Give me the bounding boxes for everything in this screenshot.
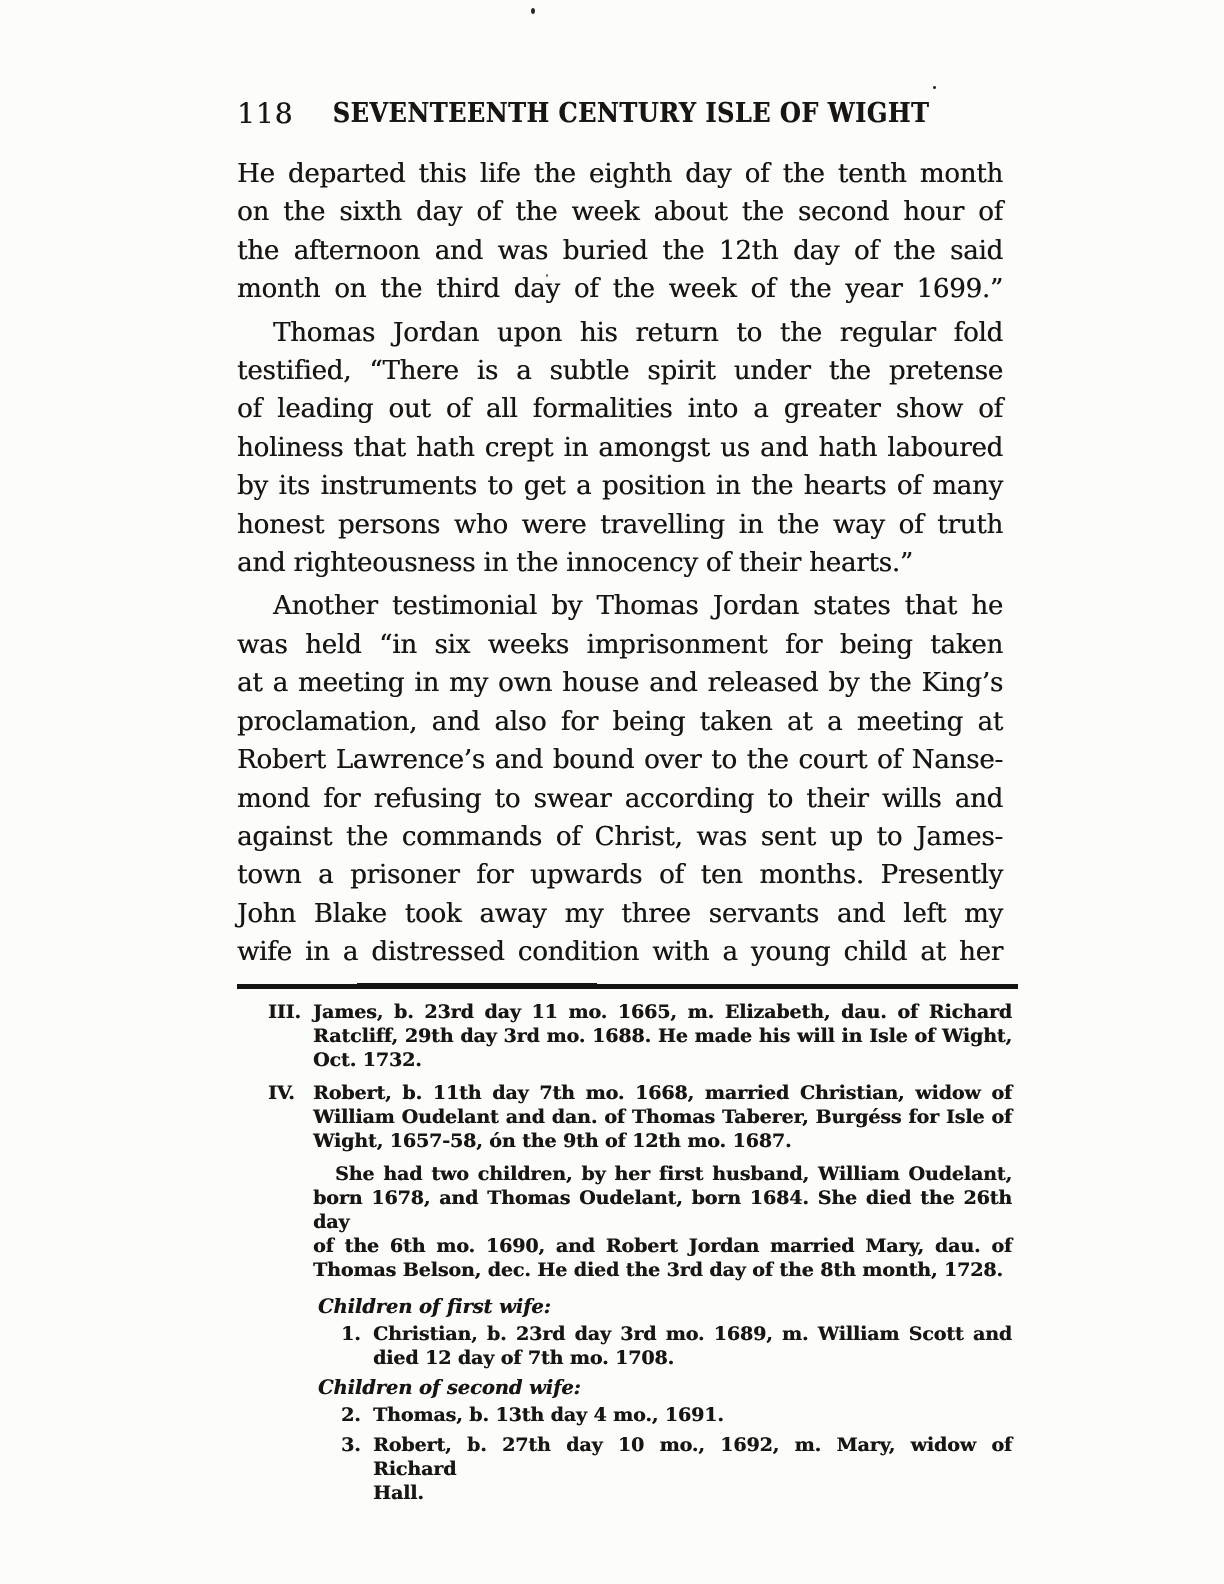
footnote-heading: Children of first wife: xyxy=(318,1295,1012,1319)
footnote-entry: IV.Robert, b. 11th day 7th mo. 1668, mar… xyxy=(268,1081,1012,1153)
text-line: holiness that hath crept in amongst us a… xyxy=(237,429,1003,467)
footnote-separator-rule xyxy=(237,984,1018,989)
footnote-numbered-item: 1.Christian, b. 23rd day 3rd mo. 1689, m… xyxy=(341,1322,1012,1370)
footnote-text: Robert, b. 11th day 7th mo. 1668, marrie… xyxy=(313,1081,1012,1153)
text-line: died 12 day of 7th mo. 1708. xyxy=(373,1346,1012,1370)
text-line: was held “in six weeks imprisonment for … xyxy=(237,626,1003,664)
text-line: testified, “There is a subtle spirit und… xyxy=(237,352,1003,390)
text-line: at a meeting in my own house and release… xyxy=(237,664,1003,702)
footnote-numbered-item: 3.Robert, b. 27th day 10 mo., 1692, m. M… xyxy=(341,1433,1012,1505)
footnote-label: IV. xyxy=(268,1081,313,1153)
text-line: Wight, 1657-58, ón the 9th of 12th mo. 1… xyxy=(313,1129,1012,1153)
text-line: Thomas, b. 13th day 4 mo., 1691. xyxy=(373,1403,1012,1427)
text-line: Robert, b. 27th day 10 mo., 1692, m. Mar… xyxy=(373,1433,1012,1481)
footnote-label: 3. xyxy=(341,1433,373,1505)
footnote-heading: Children of second wife: xyxy=(318,1376,1012,1400)
text-line: proclamation, and also for being taken a… xyxy=(237,703,1003,741)
footnote-text: James, b. 23rd day 11 mo. 1665, m. Eliza… xyxy=(313,1000,1012,1072)
footnote-label: III. xyxy=(268,1000,313,1072)
scan-speck xyxy=(933,86,936,89)
text-line: James, b. 23rd day 11 mo. 1665, m. Eliza… xyxy=(313,1000,1012,1024)
body-paragraph: Another testimonial by Thomas Jordan sta… xyxy=(237,587,1003,971)
text-line: town a prisoner for upwards of ten month… xyxy=(237,856,1003,894)
text-line: born 1678, and Thomas Oudelant, born 168… xyxy=(313,1186,1012,1234)
scan-speck xyxy=(531,8,535,14)
text-line: month on the third day of the week of th… xyxy=(237,270,1003,308)
text-line: wife in a distressed condition with a yo… xyxy=(237,933,1003,971)
text-line: mond for refusing to swear according to … xyxy=(237,780,1003,818)
text-line: against the commands of Christ, was sent… xyxy=(237,818,1003,856)
footnote-text: Christian, b. 23rd day 3rd mo. 1689, m. … xyxy=(373,1322,1012,1370)
text-line: William Oudelant and dan. of Thomas Tabe… xyxy=(313,1105,1012,1129)
text-line: of the 6th mo. 1690, and Robert Jordan m… xyxy=(313,1234,1012,1258)
text-line: John Blake took away my three servants a… xyxy=(237,895,1003,933)
footnote-text: Robert, b. 27th day 10 mo., 1692, m. Mar… xyxy=(373,1433,1012,1505)
footnote-entry: III.James, b. 23rd day 11 mo. 1665, m. E… xyxy=(268,1000,1012,1072)
body-paragraph: Thomas Jordan upon his return to the reg… xyxy=(237,314,1003,583)
footnote-label: 1. xyxy=(341,1322,373,1370)
text-line: honest persons who were travelling in th… xyxy=(237,506,1003,544)
text-line: Christian, b. 23rd day 3rd mo. 1689, m. … xyxy=(373,1322,1012,1346)
running-header-title: SEVENTEENTH CENTURY ISLE OF WIGHT xyxy=(237,96,1025,128)
scanned-book-page: 118 SEVENTEENTH CENTURY ISLE OF WIGHT He… xyxy=(0,0,1224,1584)
text-line: Thomas Belson, dec. He died the 3rd day … xyxy=(313,1258,1012,1282)
footnote-numbered-item: 2.Thomas, b. 13th day 4 mo., 1691. xyxy=(341,1403,1012,1427)
text-line: Ratcliff, 29th day 3rd mo. 1688. He made… xyxy=(313,1024,1012,1048)
text-line: and righteousness in the innocency of th… xyxy=(237,544,1003,582)
body-text: He departed this life the eighth day of … xyxy=(237,155,1003,972)
text-line: on the sixth day of the week about the s… xyxy=(237,193,1003,231)
running-header: 118 SEVENTEENTH CENTURY ISLE OF WIGHT xyxy=(237,96,1003,132)
text-line: the afternoon and was buried the 12th da… xyxy=(237,232,1003,270)
text-line: Hall. xyxy=(373,1481,1012,1505)
text-line: Another testimonial by Thomas Jordan sta… xyxy=(237,587,1003,625)
text-line: by its instruments to get a position in … xyxy=(237,467,1003,505)
body-paragraph: He departed this life the eighth day of … xyxy=(237,155,1003,309)
text-line: He departed this life the eighth day of … xyxy=(237,155,1003,193)
text-line: Robert Lawrence’s and bound over to the … xyxy=(237,741,1003,779)
footnote-text: Thomas, b. 13th day 4 mo., 1691. xyxy=(373,1403,1012,1427)
footnotes-section: III.James, b. 23rd day 11 mo. 1665, m. E… xyxy=(268,1000,1012,1511)
text-line: of leading out of all formalities into a… xyxy=(237,390,1003,428)
footnote-paragraph: She had two children, by her first husba… xyxy=(313,1162,1012,1282)
text-line: She had two children, by her first husba… xyxy=(313,1162,1012,1186)
text-line: Thomas Jordan upon his return to the reg… xyxy=(237,314,1003,352)
scan-speck xyxy=(546,274,548,277)
text-line: Robert, b. 11th day 7th mo. 1668, marrie… xyxy=(313,1081,1012,1105)
text-line: Oct. 1732. xyxy=(313,1048,1012,1072)
footnote-label: 2. xyxy=(341,1403,373,1427)
